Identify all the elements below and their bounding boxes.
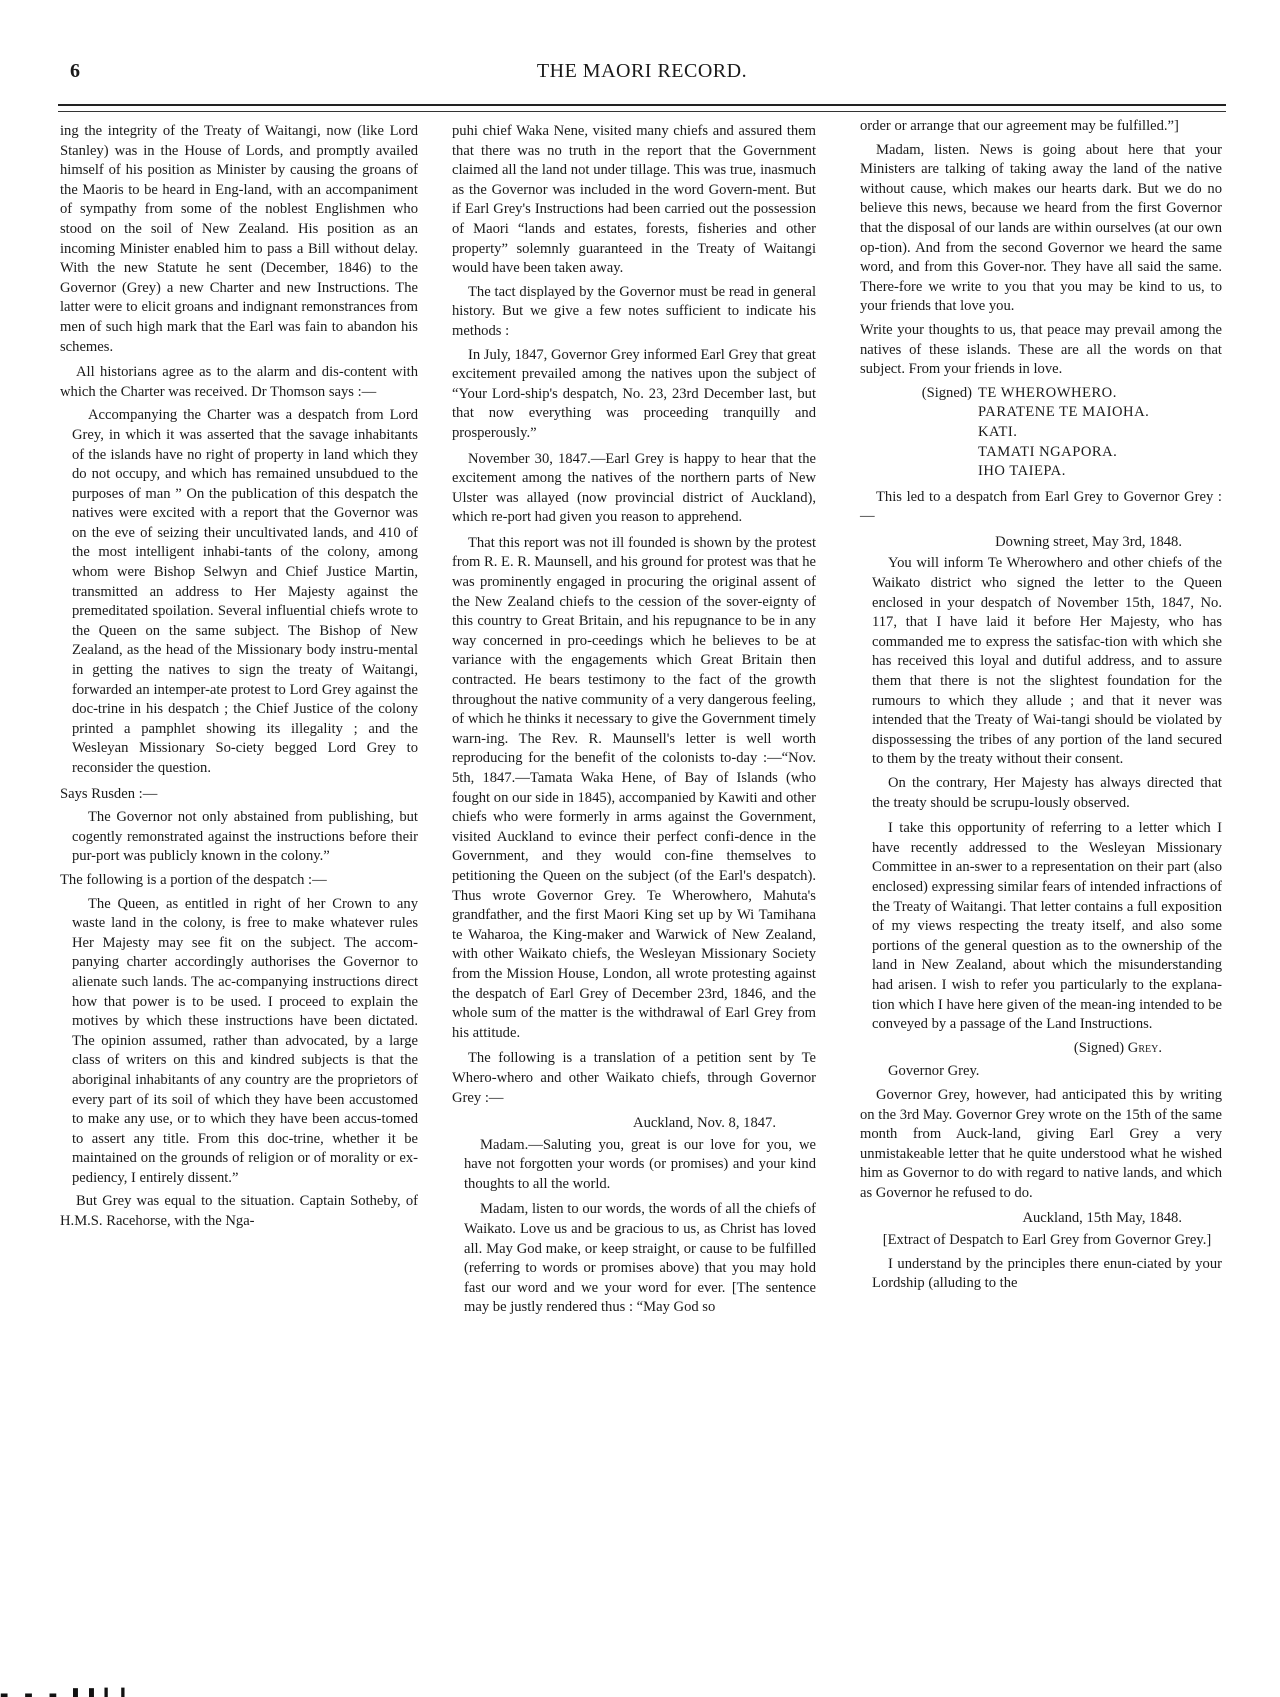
paragraph: ing the integrity of the Treaty of Waita…	[60, 122, 418, 357]
block-quote: The Governor not only abstained from pub…	[60, 808, 418, 867]
paragraph: The tact displayed by the Governor must …	[452, 283, 816, 342]
column-1: ing the integrity of the Treaty of Waita…	[60, 122, 418, 1236]
paragraph: This led to a despatch from Earl Grey to…	[860, 488, 1222, 527]
block-quote: Madam.—Saluting you, great is our love f…	[452, 1136, 816, 1195]
paragraph: November 30, 1847.—Earl Grey is happy to…	[452, 450, 816, 528]
signatory-name: KATI.	[860, 423, 1222, 443]
scan-artifact: ■ ■ ■ ▌▌▎▎	[0, 1688, 138, 1697]
block-quote: On the contrary, Her Majesty has always …	[860, 774, 1222, 813]
paragraph: But Grey was equal to the situation. Cap…	[60, 1192, 418, 1231]
publication-title: THE MAORI RECORD.	[62, 60, 1222, 83]
signature-block: (Signed) TE WHEROWHERO. PARATENE TE MAIO…	[860, 384, 1222, 482]
paragraph: In July, 1847, Governor Grey informed Ea…	[452, 346, 816, 444]
paragraph: All historians agree as to the alarm and…	[60, 363, 418, 402]
header-rule-top	[58, 104, 1226, 106]
signed-label: (Signed)	[1074, 1040, 1124, 1056]
signature-grey: (Signed) Grey.	[860, 1039, 1222, 1059]
column-2: puhi chief Waka Nene, visited many chief…	[452, 122, 816, 1322]
block-quote: Accompanying the Charter was a despatch …	[60, 406, 418, 778]
paragraph: Says Rusden :—	[60, 785, 418, 805]
signatory-name: Grey.	[1128, 1040, 1162, 1056]
signatory-name: IHO TAIEPA.	[860, 462, 1222, 482]
paragraph: The following is a translation of a peti…	[452, 1049, 816, 1108]
block-quote: I understand by the principles there enu…	[860, 1255, 1222, 1294]
dateline: Auckland, Nov. 8, 1847.	[452, 1114, 816, 1134]
paragraph: order or arrange that our agreement may …	[860, 117, 1222, 137]
paragraph: puhi chief Waka Nene, visited many chief…	[452, 122, 816, 279]
paragraph: Governor Grey, however, had anticipated …	[860, 1086, 1222, 1204]
block-quote: You will inform Te Wherowhero and other …	[860, 554, 1222, 770]
block-quote: The Queen, as entitled in right of her C…	[60, 895, 418, 1189]
extract-heading: [Extract of Despatch to Earl Grey from G…	[860, 1231, 1222, 1251]
signatory-name: TE WHEROWHERO.	[978, 384, 1117, 404]
signed-label: (Signed)	[860, 384, 978, 404]
dateline: Auckland, 15th May, 1848.	[860, 1209, 1222, 1229]
column-3: order or arrange that our agreement may …	[860, 117, 1222, 1298]
paragraph: The following is a portion of the despat…	[60, 871, 418, 891]
dateline: Downing street, May 3rd, 1848.	[860, 533, 1222, 553]
paragraph: Madam, listen. News is going about here …	[860, 141, 1222, 317]
paragraph: That this report was not ill founded is …	[452, 534, 816, 1043]
signatory-name: TAMATI NGAPORA.	[860, 443, 1222, 463]
header-rule-bottom	[58, 111, 1226, 112]
paragraph: Write your thoughts to us, that peace ma…	[860, 321, 1222, 380]
block-quote: Madam, listen to our words, the words of…	[452, 1200, 816, 1318]
block-quote: I take this opportunity of referring to …	[860, 819, 1222, 1035]
page-header: 6 THE MAORI RECORD.	[62, 60, 1222, 100]
signatory-name: PARATENE TE MAIOHA.	[860, 403, 1222, 423]
block-quote: Governor Grey.	[860, 1062, 1222, 1082]
